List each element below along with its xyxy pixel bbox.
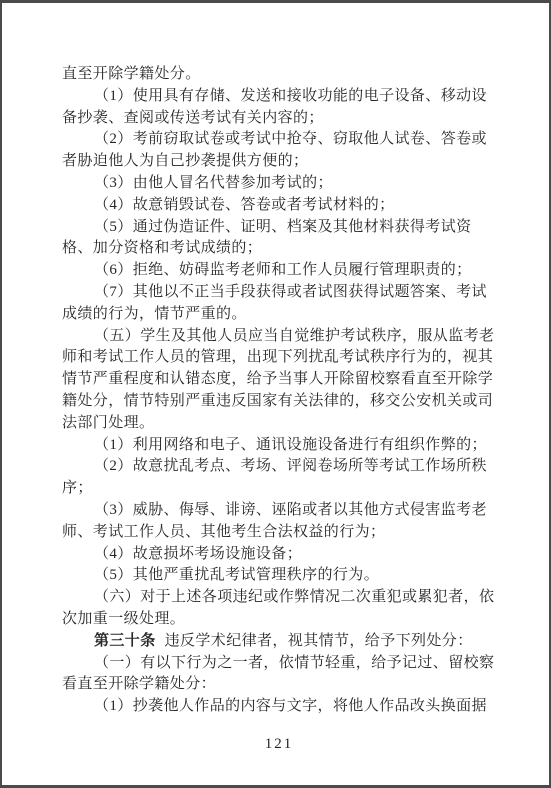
text-line: 格、加分资格和考试成绩的；: [62, 238, 496, 260]
text-line: 第三十条违反学术纪律者，视其情节，给予下列处分：: [62, 631, 496, 653]
text-line: 直至开除学籍处分。: [62, 64, 496, 86]
text-line: （6）拒绝、妨碍监考老师和工作人员履行管理职责的；: [62, 260, 496, 282]
text-line: （2）考前窃取试卷或考试中抢夺、窃取他人试卷、答卷或: [62, 129, 496, 151]
text-line: 情节严重程度和认错态度，给予当事人开除留校察看直至开除学: [62, 369, 496, 391]
article-number: 第三十条: [94, 633, 156, 649]
text-line: 者胁迫他人为自己抄袭提供方便的；: [62, 151, 496, 173]
text-line: （3）由他人冒名代替参加考试的；: [62, 173, 496, 195]
text-line: 成绩的行为，情节严重的。: [62, 304, 496, 326]
text-line: （1）利用网络和电子、通讯设施设备进行有组织作弊的；: [62, 435, 496, 457]
text-line: （2）故意扰乱考点、考场、评阅卷场所等考试工作场所秩: [62, 456, 496, 478]
text-line: 序；: [62, 478, 496, 500]
text-line: （4）故意损坏考场设施设备；: [62, 544, 496, 566]
text-line: （1）使用具有存储、发送和接收功能的电子设备、移动设: [62, 86, 496, 108]
text-line: （4）故意销毁试卷、答卷或者考试材料的；: [62, 195, 496, 217]
document-text-block: 直至开除学籍处分。（1）使用具有存储、发送和接收功能的电子设备、移动设备抄袭、查…: [62, 64, 496, 718]
page-number: 121: [62, 736, 496, 753]
text-line: （5）其他严重扰乱考试管理秩序的行为。: [62, 565, 496, 587]
text-line: （7）其他以不正当手段获得或者试图获得试题答案、考试: [62, 282, 496, 304]
text-line: （一）有以下行为之一者，依情节轻重，给予记过、留校察: [62, 653, 496, 675]
text-line: 备抄袭、查阅或传送考试有关内容的；: [62, 108, 496, 130]
text-line: 法部门处理。: [62, 413, 496, 435]
document-page: 直至开除学籍处分。（1）使用具有存储、发送和接收功能的电子设备、移动设备抄袭、查…: [0, 0, 551, 788]
text-line: （六）对于上述各项违纪或作弊情况二次重犯或累犯者，依: [62, 587, 496, 609]
text-line: （3）威胁、侮辱、诽谤、诬陷或者以其他方式侵害监考老: [62, 500, 496, 522]
text-line: 师和考试工作人员的管理，出现下列扰乱考试秩序行为的，视其: [62, 347, 496, 369]
text-line: 籍处分，情节特别严重违反国家有关法律的，移交公安机关或司: [62, 391, 496, 413]
text-line: 看直至开除学籍处分：: [62, 674, 496, 696]
text-line: （1）抄袭他人作品的内容与文字，将他人作品改头换面据: [62, 696, 496, 718]
text-line: （5）通过伪造证件、证明、档案及其他材料获得考试资: [62, 217, 496, 239]
text-line: 师、考试工作人员、其他考生合法权益的行为；: [62, 522, 496, 544]
text-line: （五）学生及其他人员应当自觉维护考试秩序，服从监考老: [62, 326, 496, 348]
text-line: 次加重一级处理。: [62, 609, 496, 631]
